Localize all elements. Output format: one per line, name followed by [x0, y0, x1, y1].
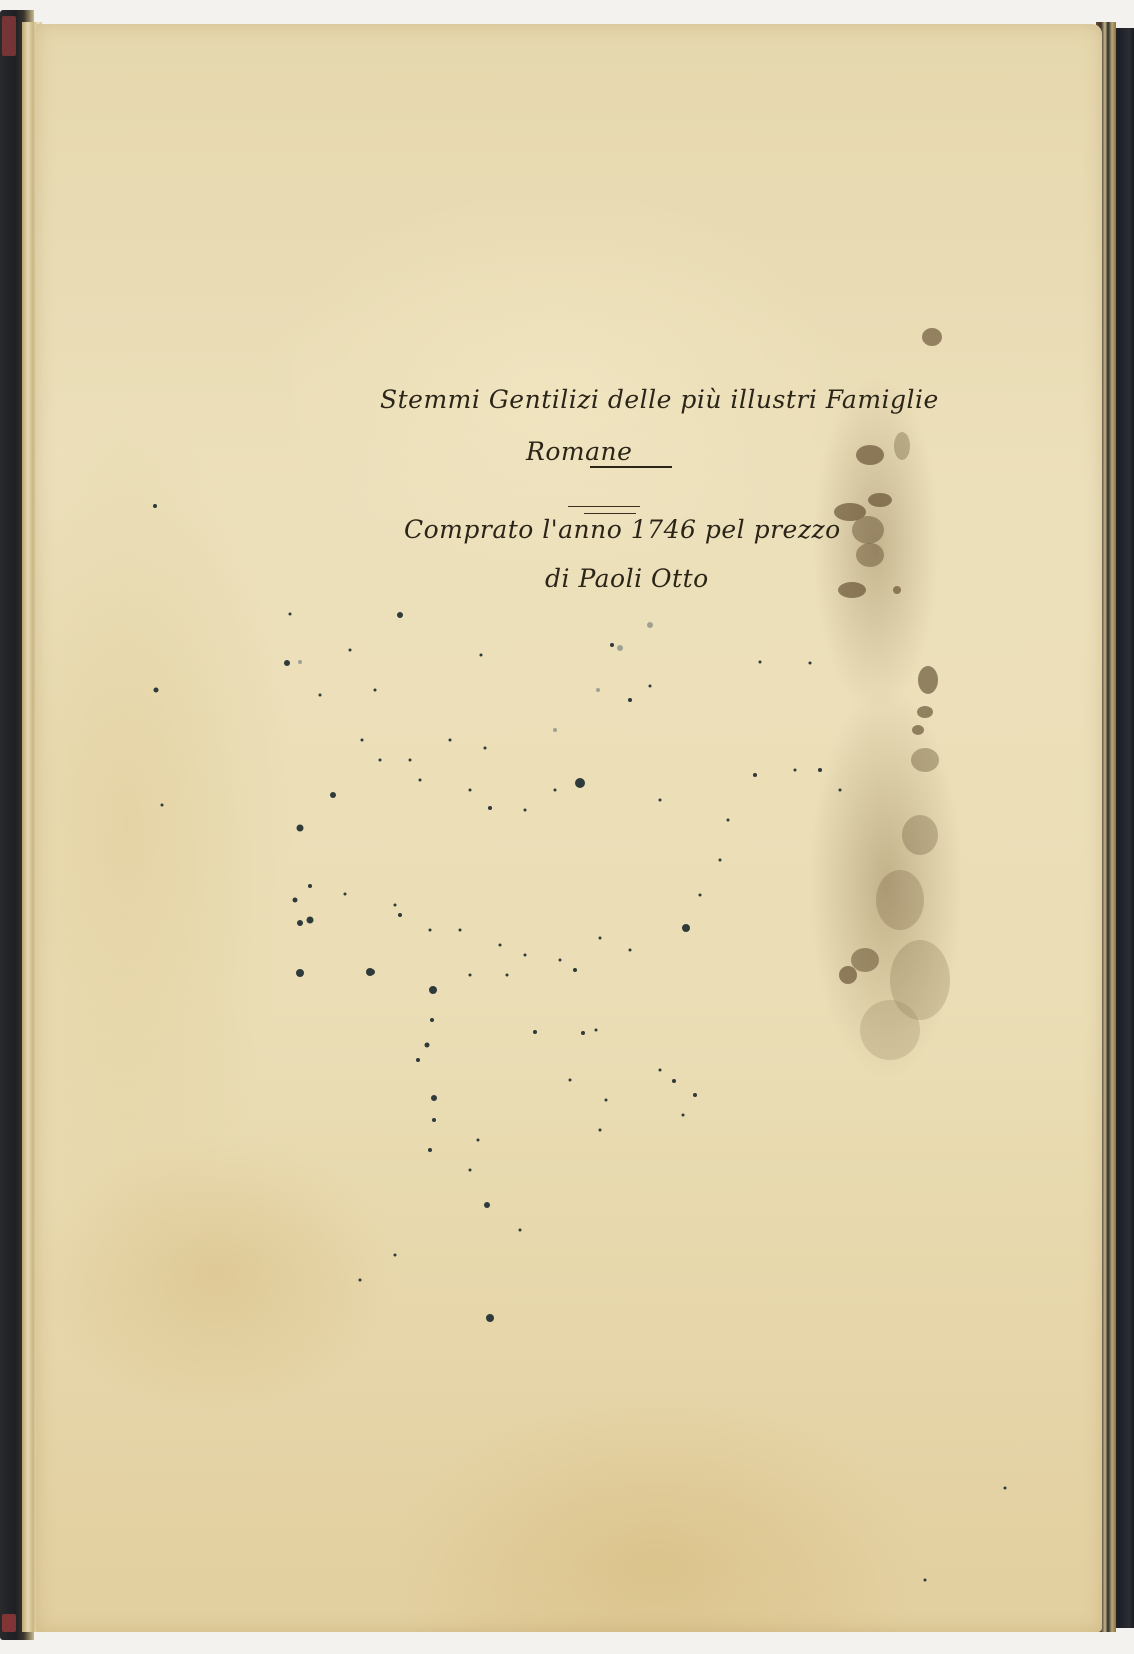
inscription-purchase-line: Comprato l'anno 1746 pel prezzo: [404, 515, 841, 544]
inscription-price-line: di Paoli Otto: [545, 564, 709, 593]
manuscript-page: [36, 24, 1102, 1632]
binding-red-edge-top: [2, 16, 16, 56]
inscription-title-line: Stemmi Gentilizi delle più illustri Fami…: [380, 385, 939, 414]
binding-red-edge-bottom: [2, 1614, 16, 1632]
romane-underline: [590, 466, 672, 468]
separator-rule-bottom: [584, 513, 636, 514]
inscription-title-romane: Romane: [526, 437, 632, 466]
separator-rule-top: [568, 506, 640, 507]
